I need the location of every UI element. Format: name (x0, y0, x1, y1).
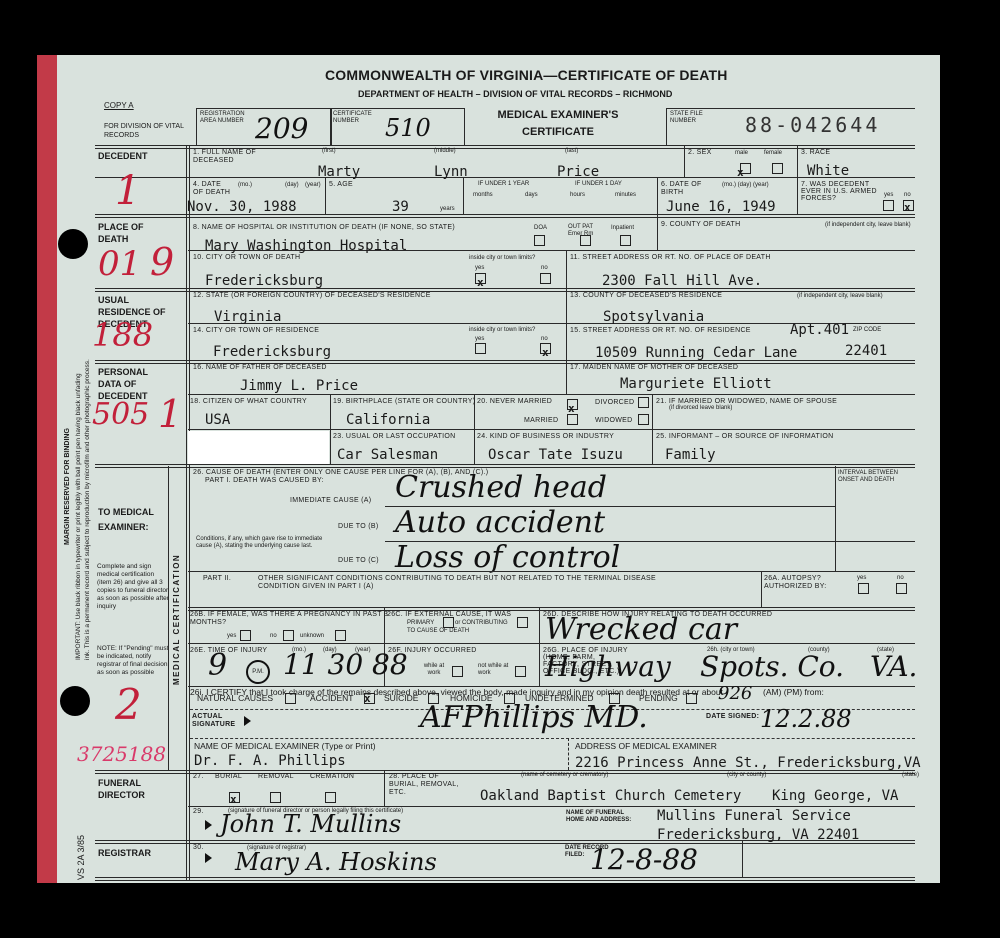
burial-mark: x (230, 795, 237, 805)
widowed-label: WIDOWED (595, 417, 632, 425)
divider (652, 394, 653, 464)
city-of-death: Fredericksburg (205, 273, 323, 289)
middle-label: (middle) (434, 148, 456, 155)
under-1-day-label: IF UNDER 1 DAY (575, 181, 622, 188)
injury-description: Wrecked car (545, 612, 737, 647)
years-label: years (440, 206, 455, 213)
year-label: (year) (305, 182, 321, 189)
divider (330, 394, 331, 464)
birthplace-value: California (346, 412, 430, 428)
document-title: COMMONWEALTH OF VIRGINIA—CERTIFICATE OF … (325, 67, 728, 83)
injury-time: 9 (208, 648, 227, 683)
department-subtitle: DEPARTMENT OF HEALTH – DIVISION OF VITAL… (358, 89, 672, 99)
hospital-label: 8. NAME OF HOSPITAL OR INSTITUTION OF DE… (193, 224, 455, 232)
pregnancy-no-checkbox[interactable] (283, 630, 294, 641)
inpatient-label: Inpatient (611, 225, 634, 232)
section-to-medical-examiner: TO MEDICAL EXAMINER: (98, 505, 168, 535)
pregnancy-label: 26b. IF FEMALE, WAS THERE A PREGNANCY IN… (190, 611, 390, 627)
funeral-director-signature[interactable]: John T. Mullins (220, 810, 401, 838)
sex-label: 2. SEX (688, 149, 712, 157)
last-name: Price (557, 164, 599, 180)
contributing-label: or CONTRIBUTING (455, 620, 508, 627)
while-work-checkbox[interactable] (452, 666, 463, 677)
date-of-birth: June 16, 1949 (666, 199, 776, 215)
registrar-signature[interactable]: Mary A. Hoskins (235, 848, 437, 876)
me-address-label: ADDRESS OF MEDICAL EXAMINER (575, 741, 717, 751)
zip-code: 22401 (845, 343, 887, 359)
dob-format-label: (mo.) (day) (year) (722, 182, 769, 189)
decedent-code: 1 (115, 168, 140, 214)
divider (684, 145, 685, 178)
female-label: female (764, 150, 782, 157)
signature-arrow-icon (205, 820, 212, 830)
state-label: (state) (902, 772, 919, 779)
residence-code: 188 (92, 316, 153, 354)
due-to-b-label: DUE TO (B) (338, 523, 378, 531)
zip-label: ZIP CODE (853, 327, 881, 334)
mother-label: 17. MAIDEN NAME OF MOTHER OF DECEASED (570, 364, 738, 372)
me-code-b: 3725188 (77, 742, 166, 766)
residence-county: Spotsylvania (603, 309, 704, 325)
autopsy-no-checkbox[interactable] (896, 583, 907, 594)
pregnancy-no-label: no (270, 633, 277, 640)
divider (188, 429, 915, 430)
am-pm-label: (AM) (PM) from: (763, 687, 824, 697)
doa-label: DOA (534, 225, 547, 232)
autopsy-yes-checkbox[interactable] (858, 583, 869, 594)
part-2-text: OTHER SIGNIFICANT CONDITIONS CONTRIBUTIN… (258, 575, 678, 591)
accident-label: ACCIDENT (310, 693, 353, 703)
male-mark: x (737, 168, 744, 178)
informant-value: Family (665, 447, 716, 463)
divider (95, 177, 915, 178)
pregnancy-unknown-label: unknown (300, 633, 324, 640)
citizen-label: 18. CITIZEN OF WHAT COUNTRY (190, 398, 307, 406)
margin-important-note-2: ink. This is a permanent record and subj… (84, 359, 91, 660)
punch-hole (60, 686, 90, 716)
interval-label: INTERVAL BETWEEN ONSET AND DEATH (838, 470, 918, 484)
primary-checkbox[interactable] (443, 617, 454, 628)
age-value: 39 (392, 199, 409, 215)
father-label: 16. NAME OF FATHER OF DECEASED (193, 364, 327, 372)
divider (188, 643, 915, 644)
autopsy-label: 26a. AUTOPSY? AUTHORIZED BY: (764, 575, 834, 591)
divider (325, 178, 326, 214)
inpatient-checkbox[interactable] (620, 235, 631, 246)
divorced-label: DIVORCED (595, 399, 634, 407)
never-married-mark: x (568, 404, 575, 414)
section-funeral-director: FUNERAL DIRECTOR (98, 777, 168, 801)
part-1-label: PART I. DEATH WAS CAUSED BY: (205, 477, 324, 485)
informant-label: 25. INFORMANT – OR SOURCE OF INFORMATION (656, 433, 833, 441)
burial-location: King George, VA (772, 788, 898, 804)
res-limits-mark: x (542, 348, 549, 358)
divider (761, 571, 762, 607)
armed-no-label: no (904, 192, 911, 199)
county-of-death-label: 9. COUNTY OF DEATH (661, 221, 740, 229)
burial-place: Oakland Baptist Church Cemetery (480, 788, 741, 804)
divider (188, 806, 915, 807)
residence-state-label: 12. STATE (OR FOREIGN COUNTRY) OF DECEAS… (193, 292, 431, 300)
res-limits-yes-label: yes (475, 336, 484, 343)
last-label: (last) (565, 148, 578, 155)
residence-county-note: (if independent city, leave blank) (797, 293, 883, 300)
burial-label: BURIAL (215, 773, 242, 781)
autopsy-no-label: no (897, 575, 904, 582)
residence-county-label: 13. COUNTY OF DECEASED'S RESIDENCE (570, 292, 722, 300)
me-address: 2216 Princess Anne St., Fredericksburg,V… (575, 755, 921, 771)
father-name: Jimmy L. Price (240, 378, 358, 394)
funeral-signature-number: 29. (193, 808, 204, 816)
female-checkbox[interactable] (772, 163, 783, 174)
cause-c: Loss of control (395, 540, 620, 575)
certificate-number-label: CERTIFICATE NUMBER (333, 111, 383, 125)
copy-for-label: FOR DIVISION OF VITAL RECORDS (104, 122, 184, 140)
county-note: (if independent city, leave blank) (825, 222, 911, 229)
suicide-label: SUICIDE (384, 693, 418, 703)
me-name: Dr. F. A. Phillips (194, 753, 346, 769)
under-1-year-label: IF UNDER 1 YEAR (478, 181, 529, 188)
race-value: White (807, 163, 849, 179)
date-of-death: Nov. 30, 1988 (187, 199, 297, 215)
birthplace-label: 19. BIRTHPLACE (state or country) (333, 398, 475, 406)
divider (797, 145, 798, 214)
first-name: Marty (318, 164, 360, 180)
form-id: VS 2A 3/85 (76, 835, 86, 880)
not-while-work-checkbox[interactable] (515, 666, 526, 677)
divider (566, 250, 567, 360)
residence-address-label: 15. STREET ADDRESS OR RT. NO. OF RESIDEN… (570, 327, 751, 335)
hours-label: hours (570, 192, 585, 199)
section-decedent: DECEDENT (98, 150, 148, 162)
binding-strip (37, 55, 57, 883)
state-file-number: 88-042644 (745, 113, 880, 137)
signature-arrow-icon (205, 853, 212, 863)
removal-checkbox[interactable] (270, 792, 281, 803)
contributing-checkbox[interactable] (517, 617, 528, 628)
spouse-note: (if divorced leave blank) (669, 405, 732, 412)
natural-causes-checkbox[interactable] (285, 693, 296, 704)
months-label: months (473, 192, 493, 199)
res-limits-yes-checkbox[interactable] (475, 343, 486, 354)
place-code-a: 01 (98, 244, 141, 284)
pending-checkbox[interactable] (686, 693, 697, 704)
part-2-label: PART II. (203, 575, 231, 583)
cause-a: Crushed head (395, 470, 607, 505)
armed-no-mark: x (904, 203, 911, 213)
date-filed: 12-8-88 (590, 843, 698, 876)
state-file-label: STATE FILE NUMBER (670, 111, 710, 125)
divider (168, 466, 169, 770)
pregnancy-yes-label: yes (227, 633, 236, 640)
personal-code-a: 505 (92, 397, 149, 432)
residence-state: Virginia (214, 309, 281, 325)
death-limits-yes-label: yes (475, 265, 484, 272)
city-of-death-label: 10. CITY OR TOWN OF DEATH (193, 254, 300, 262)
registration-area-label: REGISTRATION AREA NUMBER (200, 111, 255, 125)
death-limits-no-checkbox[interactable] (540, 273, 551, 284)
res-inside-limits-label: inside city or town limits? (469, 327, 535, 334)
death-address: 2300 Fall Hill Ave. (602, 273, 762, 289)
occupation-label: 23. USUAL OR LAST OCCUPATION (333, 433, 456, 441)
mother-maiden-name: Marguriete Elliott (620, 376, 772, 392)
race-label: 3. RACE (801, 149, 830, 157)
married-checkbox[interactable] (567, 414, 578, 425)
divorced-checkbox[interactable] (638, 397, 649, 408)
personal-code-b: 1 (158, 392, 182, 436)
mo-label: (mo.) (238, 182, 252, 189)
date-signed: 12.2.88 (760, 705, 852, 733)
certificate-type: MEDICAL EXAMINER'S CERTIFICATE (478, 107, 638, 141)
divider (190, 738, 915, 739)
funeral-home-name: Mullins Funeral Service (657, 808, 851, 824)
not-while-work-label: not while at work (478, 663, 512, 677)
immediate-cause-label: IMMEDIATE CAUSE (A) (290, 497, 371, 505)
age-label: 5. AGE (329, 181, 353, 189)
divider (539, 607, 540, 686)
divider (188, 571, 915, 572)
registration-area-value: 209 (255, 112, 308, 145)
certificate-number-value: 510 (385, 114, 431, 142)
autopsy-yes-label: yes (857, 575, 866, 582)
redacted-field (188, 431, 329, 464)
removal-label: REMOVAL (258, 773, 294, 781)
date-signed-label: DATE SIGNED: (706, 713, 759, 721)
occupation-value: Car Salesman (337, 447, 438, 463)
burial-place-label: 28. PLACE OF BURIAL, REMOVAL, ETC. (389, 773, 459, 797)
armed-yes-checkbox[interactable] (883, 200, 894, 211)
divider (188, 394, 915, 395)
margin-reserved-note: MARGIN RESERVED FOR BINDING (64, 428, 71, 545)
injury-location: Spots. Co. (700, 650, 844, 683)
divider (657, 178, 658, 250)
residence-city-label: 14. CITY OR TOWN OF RESIDENCE (193, 327, 319, 335)
cremation-checkbox[interactable] (325, 792, 336, 803)
me-signature[interactable]: AFPhillips MD. (420, 700, 648, 735)
death-limits-mark: x (477, 278, 484, 288)
widowed-checkbox[interactable] (638, 414, 649, 425)
divider (835, 466, 836, 571)
disposition-number: 27. (193, 773, 204, 781)
divider (566, 360, 567, 394)
divider (385, 506, 835, 507)
me-code: 2 (115, 680, 142, 729)
section-registrar: REGISTRAR (98, 847, 151, 859)
never-married-label: 20. NEVER MARRIED (477, 398, 552, 406)
primary-label: PRIMARY (407, 620, 434, 627)
business-value: Oscar Tate Isuzu (488, 447, 623, 463)
margin-important-note: IMPORTANT: Use black ribbon in typewrite… (75, 373, 82, 660)
days-label: days (525, 192, 538, 199)
dob-label: 6. DATE OF BIRTH (661, 181, 706, 197)
pregnancy-yes-checkbox[interactable] (240, 630, 251, 641)
middle-name: Lynn (434, 164, 468, 180)
while-work-label: while at work (420, 663, 448, 677)
signature-arrow-icon (244, 716, 251, 726)
divider (568, 738, 569, 770)
armed-forces-label: 7. WAS DECEDENT EVER IN U.S. ARMED FORCE… (801, 181, 881, 202)
date-of-death-label: 4. DATE OF DEATH (193, 181, 233, 197)
divider (95, 877, 915, 881)
divider (384, 770, 385, 806)
divider (95, 464, 915, 468)
actual-signature-label: ACTUAL SIGNATURE (192, 713, 242, 729)
cemetery-label: (name of cemetery or crematory) (521, 772, 608, 779)
injury-time-label: 26e. TIME OF INJURY (190, 647, 267, 655)
place-code-b: 9 (150, 240, 174, 284)
male-label: male (735, 150, 748, 157)
copy-label: COPY A (104, 101, 134, 110)
conditions-note: Conditions, if any, which gave rise to i… (196, 536, 326, 550)
res-limits-no-label: no (541, 336, 548, 343)
divider (742, 840, 743, 877)
medical-certification-label: MEDICAL CERTIFICATION (172, 554, 181, 685)
residence-city: Fredericksburg (213, 344, 331, 360)
injury-pm-circle: P.M. (246, 660, 270, 684)
cremation-label: CREMATION (310, 773, 354, 781)
funeral-home-address: Fredericksburg, VA 22401 (657, 827, 859, 843)
punch-hole (58, 229, 88, 259)
married-label: MARRIED (524, 417, 558, 425)
death-time: 926 (718, 683, 752, 704)
outpat-checkbox[interactable] (580, 235, 591, 246)
city-county-label: (city or county) (727, 772, 766, 779)
first-label: (first) (322, 148, 336, 155)
doa-checkbox[interactable] (534, 235, 545, 246)
injury-place: Highway (545, 650, 671, 683)
business-label: 24. KIND OF BUSINESS OR INDUSTRY (477, 433, 614, 441)
hospital-value: Mary Washington Hospital (205, 238, 407, 254)
registrar-number: 30. (193, 844, 204, 852)
to-cause-label: TO CAUSE OF DEATH (407, 628, 469, 635)
field-1-label: 1. FULL NAME OF DECEASED (193, 149, 263, 165)
funeral-home-label: NAME OF FUNERAL HOME AND ADDRESS: (566, 810, 636, 824)
apartment: Apt.401 (790, 322, 849, 338)
due-to-c-label: DUE TO (C) (338, 557, 379, 565)
pending-note: NOTE: If "Pending" must be indicated, no… (97, 645, 169, 677)
divider (463, 178, 464, 214)
injury-occurred-label: 26f. INJURY OCCURRED (388, 647, 477, 655)
inside-limits-label: inside city or town limits? (469, 255, 535, 262)
citizen-value: USA (205, 412, 230, 428)
residence-address: 10509 Running Cedar Lane (595, 345, 797, 361)
death-limits-no-label: no (541, 265, 548, 272)
me-instructions: Complete and sign medical certification … (97, 563, 169, 611)
accident-mark: x (364, 694, 371, 704)
pregnancy-unknown-checkbox[interactable] (335, 630, 346, 641)
natural-causes-label: NATURAL CAUSES (197, 693, 273, 703)
injury-state: VA. (870, 650, 917, 683)
armed-yes-label: yes (884, 192, 893, 199)
death-address-label: 11. STREET ADDRESS OR RT. NO. OF PLACE O… (570, 254, 771, 262)
cause-b: Auto accident (395, 505, 605, 540)
minutes-label: minutes (615, 192, 636, 199)
me-name-label: NAME OF MEDICAL EXAMINER (Type or Print) (194, 741, 376, 751)
day-label: (day) (285, 182, 299, 189)
